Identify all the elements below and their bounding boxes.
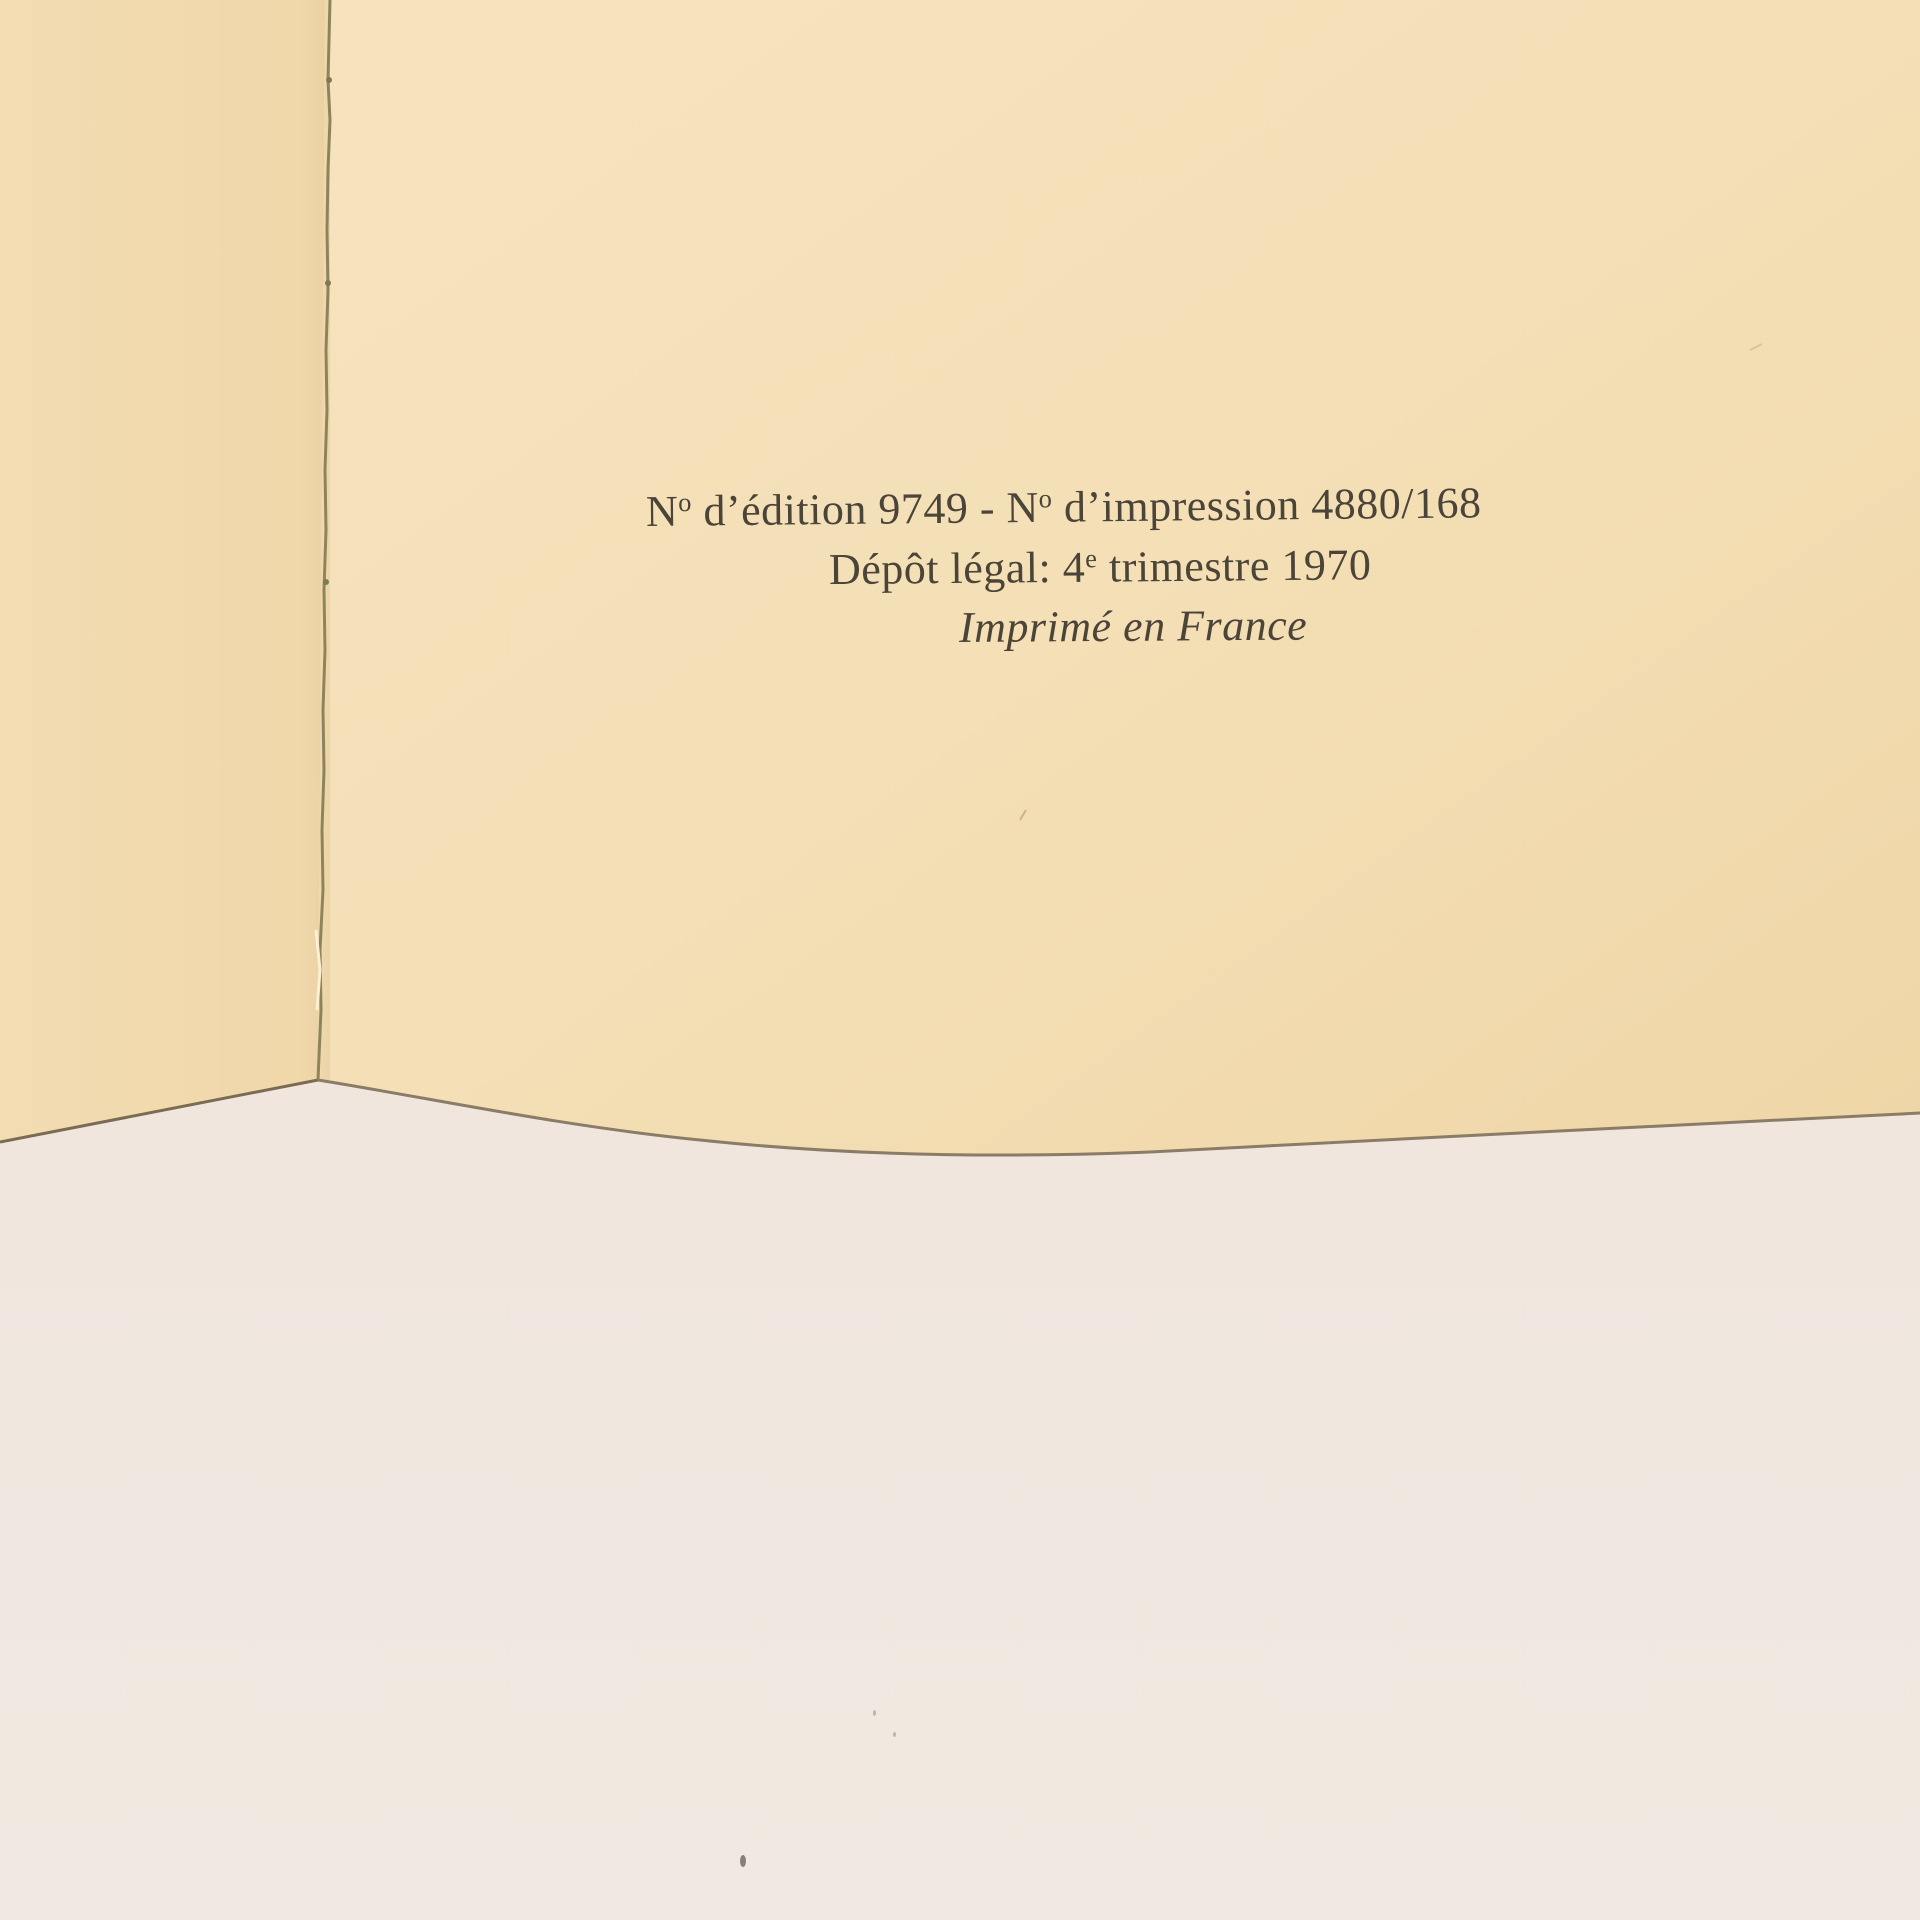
depot-ordinal: e	[1085, 543, 1097, 573]
edition-prefix: N	[646, 487, 679, 536]
separator: -	[968, 483, 1007, 532]
edition-impression-line: No d’édition 9749 - No d’impression 4880…	[646, 481, 1482, 534]
dust-speck	[873, 1710, 876, 1716]
edition-label: d’édition	[692, 485, 879, 536]
depot-quarter: 4	[1063, 543, 1086, 592]
impression-number: 4880/168	[1311, 478, 1482, 529]
edition-number: 9749	[878, 484, 969, 534]
impression-ordinal: o	[1039, 483, 1053, 513]
impression-prefix: N	[1006, 483, 1039, 532]
open-book	[0, 0, 1920, 1920]
depot-rest: trimestre 1970	[1097, 540, 1371, 591]
photo-scene: No d’édition 9749 - No d’impression 4880…	[0, 0, 1920, 1920]
impression-label: d’impression	[1052, 480, 1311, 532]
dust-speck	[740, 1855, 746, 1867]
edition-ordinal: o	[678, 487, 692, 517]
left-page	[0, 0, 325, 1142]
depot-label: Dépôt légal:	[829, 543, 1063, 594]
dust-speck	[893, 1732, 896, 1737]
printed-in-line: Imprimé en France	[959, 604, 1307, 650]
depot-legal-line: Dépôt légal: 4e trimestre 1970	[829, 543, 1372, 592]
